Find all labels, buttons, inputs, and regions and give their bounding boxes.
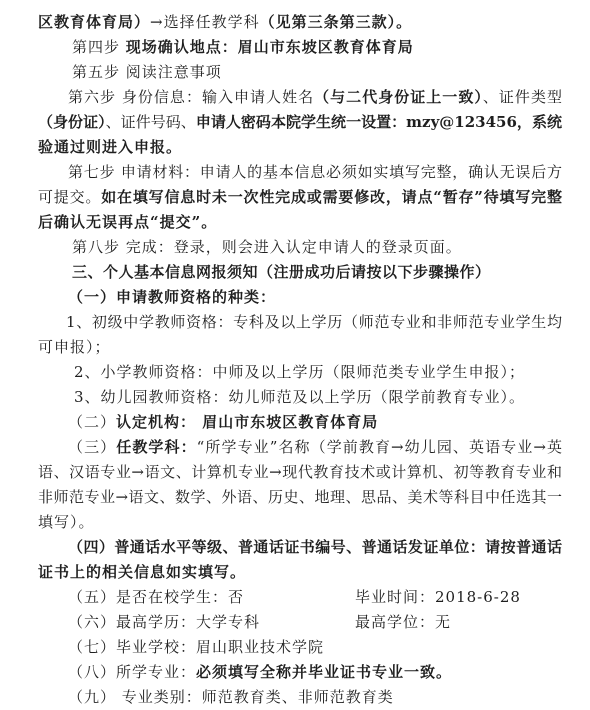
doc-line-16: 3、幼儿园教师资格：幼儿师范及以上学历（限学前教育专业）。 (38, 385, 562, 410)
bold-text-run: 后确认无误再点“提交”。 (38, 213, 217, 231)
doc-line-20: 非师范专业→语文、数学、外语、历史、地理、思品、美术等科目中任选其一 (38, 485, 562, 510)
bold-text-run: 现场确认地点：眉山市东坡区教育体育局 (126, 38, 414, 56)
bold-text-run: 区教育体育局） (38, 13, 150, 31)
bold-text-run: 必须填写全称并毕业证书专业一致。 (196, 663, 452, 681)
doc-line-7: 第七步 申请材料：申请人的基本信息必须如实填写完整，确认无误后方 (38, 160, 562, 185)
bold-text-run: 认定机构： 眉山市东坡区教育体育局 (116, 413, 378, 431)
doc-line-15: 2、小学教师资格：中师及以上学历（限师范类专业学生申报）； (38, 360, 562, 385)
doc-line-21: 填写）。 (38, 510, 562, 535)
text-run: 第四步 (72, 38, 126, 56)
doc-line-26: （七）毕业学校：眉山职业技术学院 (38, 635, 562, 660)
doc-line-8: 可提交。如在填写信息时未一次性完成或需要修改，请点“暂存”待填写完整 (38, 185, 562, 210)
doc-line-12: （一）申请教师资格的种类： (38, 285, 562, 310)
text-run: （九） 专业类别：师范教育类、非师范教育类 (68, 688, 394, 706)
text-run: →选择任教学科 (150, 13, 260, 31)
doc-line-3: 第五步 阅读注意事项 (38, 60, 562, 85)
bold-text-run: 三、个人基本信息网报须知（注册成功后请按以下步骤操作） (72, 263, 491, 281)
doc-line-13: 1、初级中学教师资格：专科及以上学历（师范专业和非师范专业学生均 (38, 310, 562, 335)
doc-line-11: 三、个人基本信息网报须知（注册成功后请按以下步骤操作） (38, 260, 562, 285)
text-run: （六）最高学历：大学专科 (68, 613, 260, 631)
text-run: 非师范专业→语文、数学、外语、历史、地理、思品、美术等科目中任选其一 (38, 488, 562, 506)
doc-line-18: （三）任教学科：“所学专业”名称（学前教育→幼儿园、英语专业→英 (38, 435, 562, 460)
doc-line-6: 验通过则进入申报。 (38, 135, 562, 160)
bold-text-run: （四）普通话水平等级、普通话证书编号、普通话发证单位：请按普通话 (68, 538, 562, 556)
doc-line-24-col2: 毕业时间：2018-6-28 (325, 585, 521, 610)
text-run: 第八步 完成：登录，则会进入认定申请人的登录页面。 (72, 238, 462, 256)
text-run: “所学专业”名称（学前教育→幼儿园、英语专业→英 (197, 438, 562, 456)
text-run: 可申报）； (38, 338, 111, 356)
doc-line-4: 第六步 身份信息：输入申请人姓名（与二代身份证上一致）、证件类型 (38, 85, 562, 110)
text-run: （三） (68, 438, 116, 456)
text-run: 语、汉语专业→语文、计算机专业→现代教育技术或计算机、初等教育专业和 (38, 463, 562, 481)
text-run: （七）毕业学校：眉山职业技术学院 (68, 638, 324, 656)
doc-line-5: （身份证）、证件号码、申请人密码本院学生统一设置：mzy@123456，系统校 (38, 110, 562, 135)
text-run: 第五步 阅读注意事项 (72, 63, 222, 81)
doc-line-25-col2: 最高学位：无 (325, 610, 451, 635)
doc-line-14: 可申报）； (38, 335, 562, 360)
text-run: （五）是否在校学生：否 (68, 588, 244, 606)
text-run: 、证件类型 (483, 88, 562, 106)
text-run: 第六步 身份信息：输入申请人姓名 (68, 88, 314, 106)
bold-text-run: 任教学科： (116, 438, 196, 456)
text-run: 填写）。 (38, 513, 95, 531)
doc-line-19: 语、汉语专业→语文、计算机专业→现代教育技术或计算机、初等教育专业和 (38, 460, 562, 485)
doc-line-23: 证书上的相关信息如实填写。 (38, 560, 562, 585)
text-run: （二） (68, 413, 116, 431)
doc-line-22: （四）普通话水平等级、普通话证书编号、普通话发证单位：请按普通话 (38, 535, 562, 560)
text-run: 、证件号码、 (106, 113, 196, 131)
bold-text-run: 验通过则进入申报。 (38, 138, 182, 156)
doc-line-24: （五）是否在校学生：否毕业时间：2018-6-28 (38, 585, 562, 610)
doc-line-2: 第四步 现场确认地点：眉山市东坡区教育体育局 (38, 35, 562, 60)
doc-line-27: （八）所学专业：必须填写全称并毕业证书专业一致。 (38, 660, 562, 685)
doc-line-10: 第八步 完成：登录，则会进入认定申请人的登录页面。 (38, 235, 562, 260)
doc-line-1: 区教育体育局）→选择任教学科（见第三条第三款）。 (38, 10, 562, 35)
text-run: 第七步 申请材料：申请人的基本信息必须如实填写完整，确认无误后方 (68, 163, 562, 181)
doc-line-25: （六）最高学历：大学专科最高学位：无 (38, 610, 562, 635)
doc-line-17: （二）认定机构： 眉山市东坡区教育体育局 (38, 410, 562, 435)
text-run: 2、小学教师资格：中师及以上学历（限师范类专业学生申报）； (74, 363, 525, 381)
text-run: 1、初级中学教师资格：专科及以上学历（师范专业和非师范专业学生均 (66, 313, 562, 331)
doc-line-28: （九） 专业类别：师范教育类、非师范教育类 (38, 685, 562, 710)
document-page: 区教育体育局）→选择任教学科（见第三条第三款）。第四步 现场确认地点：眉山市东坡… (0, 0, 590, 710)
doc-line-9: 后确认无误再点“提交”。 (38, 210, 562, 235)
bold-text-run: 如在填写信息时未一次性完成或需要修改，请点“暂存”待填写完整 (101, 188, 562, 206)
text-run: 3、幼儿园教师资格：幼儿师范及以上学历（限学前教育专业）。 (74, 388, 525, 406)
bold-text-run: （与二代身份证上一致） (314, 88, 483, 106)
bold-text-run: （身份证） (38, 113, 106, 131)
text-run: 可提交。 (38, 188, 101, 206)
bold-text-run: （见第三条第三款）。 (260, 13, 413, 31)
bold-text-run: （一）申请教师资格的种类： (68, 288, 276, 306)
text-run: （八）所学专业： (68, 663, 196, 681)
bold-text-run: 证书上的相关信息如实填写。 (38, 563, 246, 581)
